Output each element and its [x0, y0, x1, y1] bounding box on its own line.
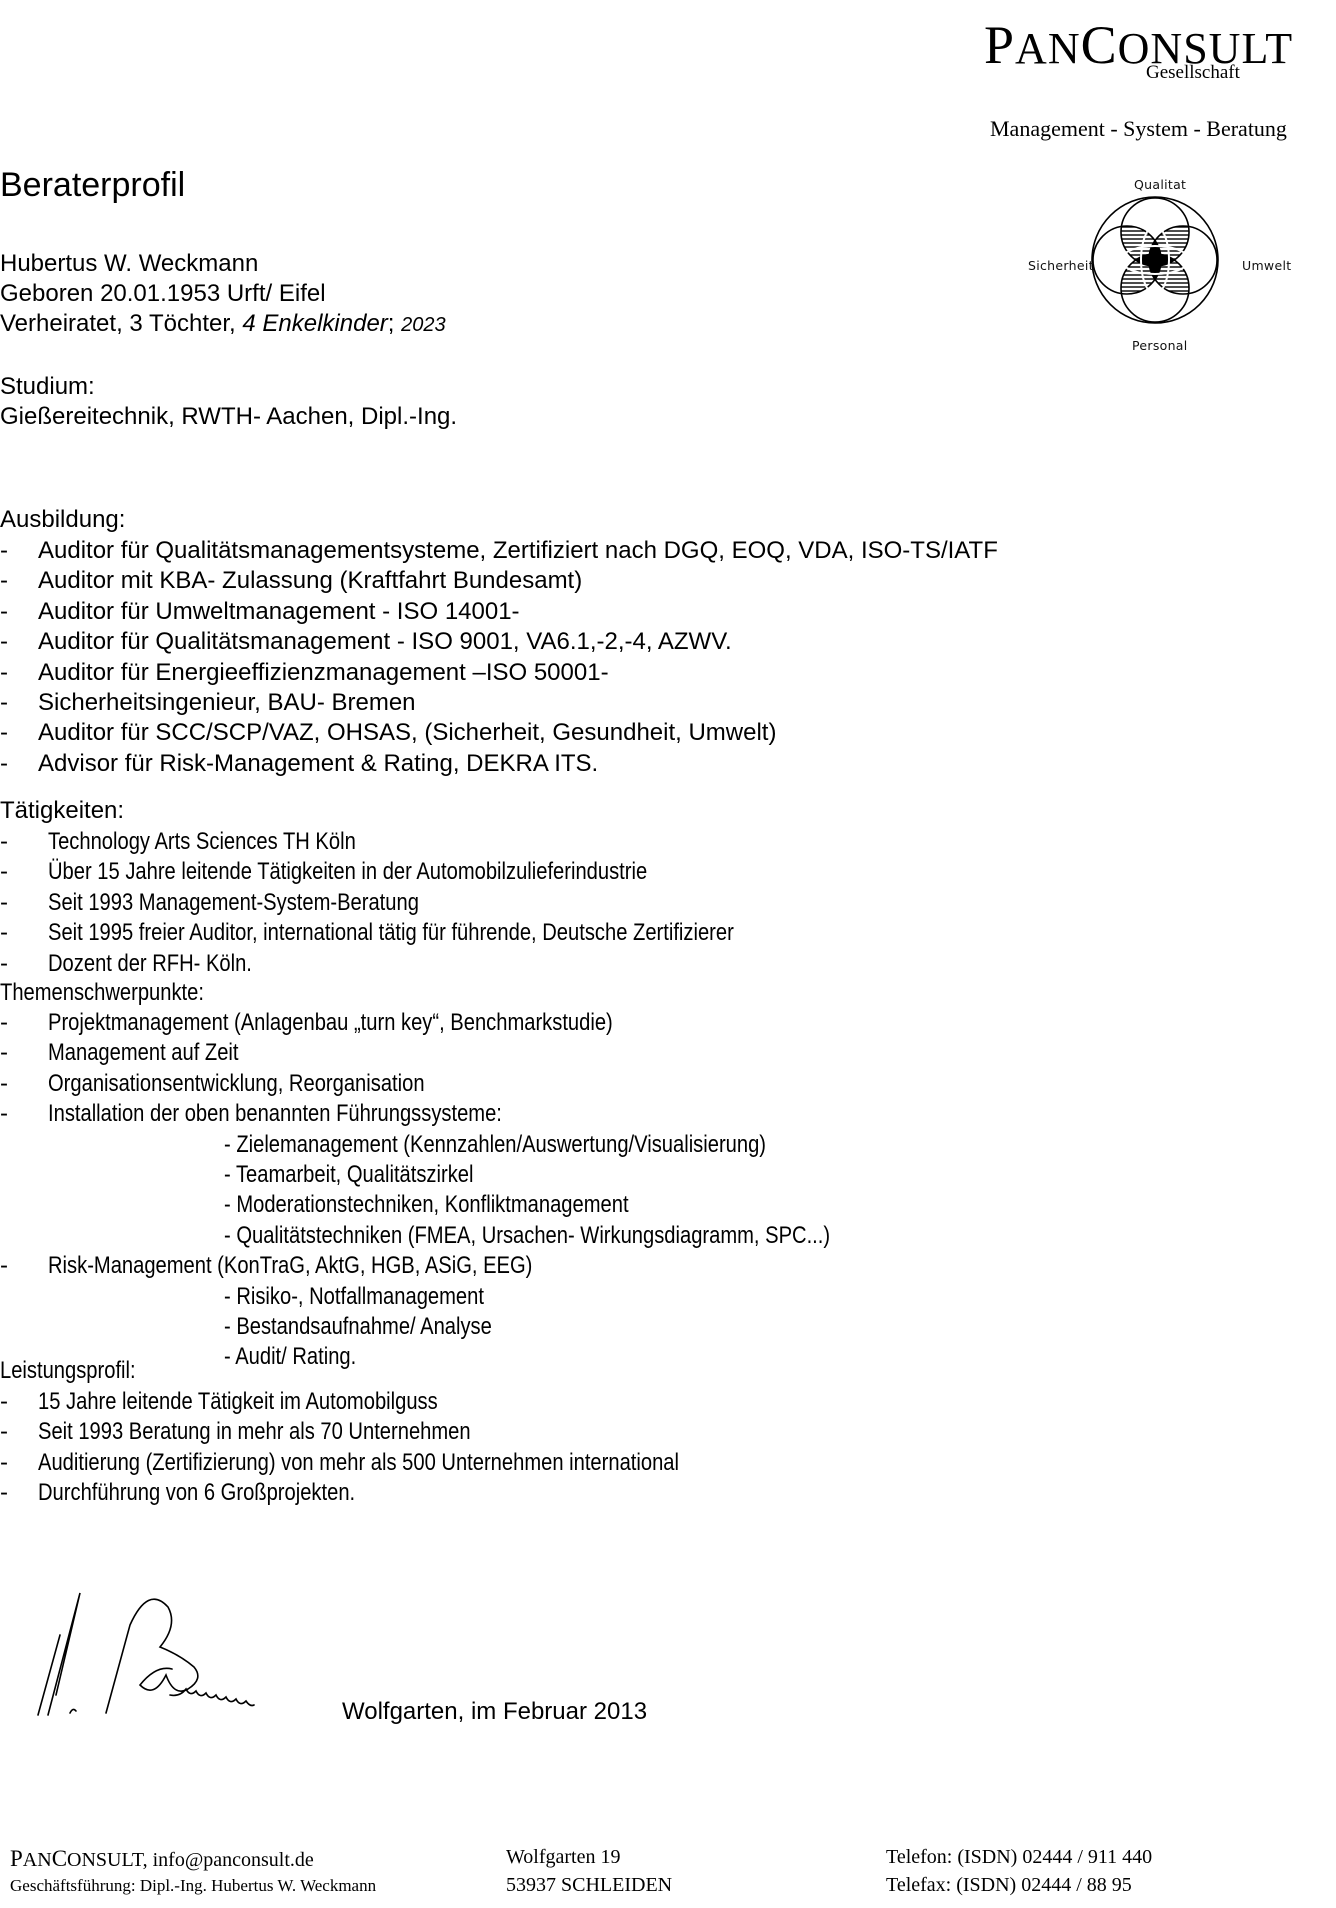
- bullet-dash: -: [0, 688, 38, 718]
- list-item-text: - Bestandsaufnahme/ Analyse: [224, 1312, 492, 1342]
- bullet-dash: -: [0, 888, 48, 918]
- bullet-dash: -: [0, 1387, 38, 1417]
- list-item-text: Auditor für Umweltmanagement - ISO 14001…: [38, 598, 520, 625]
- bullet-dash: -: [0, 857, 48, 887]
- list-item-text: - Audit/ Rating.: [224, 1342, 356, 1372]
- list-item: -Auditierung (Zertifizierung) von mehr a…: [0, 1448, 801, 1478]
- list-item-text: Technology Arts Sciences TH Köln: [48, 827, 356, 857]
- company-tagline: Management - System - Beratung: [990, 116, 1287, 142]
- list-item: - Teamarbeit, Qualitätszirkel: [224, 1160, 521, 1190]
- list-item: - Moderationstechniken, Konfliktmanageme…: [224, 1190, 706, 1220]
- list-item: -Sicherheitsingenieur, BAU- Bremen: [0, 688, 416, 718]
- list-item-text: Durchführung von 6 Großprojekten.: [38, 1478, 355, 1508]
- list-item-text: Sicherheitsingenieur, BAU- Bremen: [38, 689, 416, 716]
- list-item: -Auditor für Qualitätsmanagement - ISO 9…: [0, 627, 732, 657]
- company-logo-wordmark: PANCONSULT: [984, 18, 1293, 72]
- list-item: - Zielemanagement (Kennzahlen/Auswertung…: [224, 1130, 869, 1160]
- list-item-text: Auditor für Energieeffizienzmanagement –…: [38, 659, 609, 686]
- list-item: -Seit 1993 Beratung in mehr als 70 Unter…: [0, 1417, 553, 1447]
- list-item: -Auditor mit KBA- Zulassung (Kraftfahrt …: [0, 566, 582, 596]
- list-item: -Installation der oben benannten Führung…: [0, 1099, 588, 1129]
- emblem-label-top: Qualitat: [1134, 177, 1186, 192]
- bullet-dash: -: [0, 1251, 48, 1281]
- list-item: - Qualitätstechniken (FMEA, Ursachen- Wi…: [224, 1221, 946, 1251]
- list-item-text: Auditor für Qualitätsmanagementsysteme, …: [38, 537, 998, 564]
- bullet-dash: -: [0, 1008, 48, 1038]
- list-item-text: - Qualitätstechniken (FMEA, Ursachen- Wi…: [224, 1221, 830, 1251]
- bullet-dash: -: [0, 1478, 38, 1508]
- bullet-dash: -: [0, 597, 38, 627]
- list-item-text: Auditierung (Zertifizierung) von mehr al…: [38, 1448, 679, 1478]
- list-item: -Dozent der RFH- Köln.: [0, 949, 291, 979]
- footer-management: Geschäftsführung: Dipl.-Ing. Hubertus W.…: [10, 1876, 376, 1896]
- person-name: Hubertus W. Weckmann: [0, 249, 258, 279]
- taetigkeiten-heading: Tätigkeiten:: [0, 796, 124, 826]
- bullet-dash: -: [0, 1448, 38, 1478]
- list-item-text: Installation der oben benannten Führungs…: [48, 1099, 502, 1129]
- person-family: Verheiratet, 3 Töchter, 4 Enkelkinder; 2…: [0, 309, 446, 340]
- list-item: -Organisationsentwicklung, Reorganisatio…: [0, 1069, 496, 1099]
- list-item-text: - Zielemanagement (Kennzahlen/Auswertung…: [224, 1130, 766, 1160]
- bullet-dash: -: [0, 566, 38, 596]
- list-item-text: Auditor für SCC/SCP/VAZ, OHSAS, (Sicherh…: [38, 719, 776, 746]
- bullet-dash: -: [0, 749, 38, 779]
- footer-phone: Telefon: (ISDN) 02444 / 911 440: [886, 1846, 1152, 1869]
- list-item-text: Projektmanagement (Anlagenbau „turn key“…: [48, 1008, 613, 1038]
- list-item: -Technology Arts Sciences TH Köln: [0, 827, 414, 857]
- themen-heading: Themenschwerpunkte:: [0, 978, 243, 1008]
- ausbildung-heading: Ausbildung:: [0, 505, 125, 535]
- bullet-dash: -: [0, 536, 38, 566]
- list-item-text: Seit 1995 freier Auditor, international …: [48, 918, 734, 948]
- list-item-text: - Risiko-, Notfallmanagement: [224, 1282, 484, 1312]
- list-item: -Auditor für Qualitätsmanagementsysteme,…: [0, 536, 998, 566]
- list-item-text: Dozent der RFH- Köln.: [48, 949, 252, 979]
- list-item: - Bestandsaufnahme/ Analyse: [224, 1312, 543, 1342]
- studium-text: Gießereitechnik, RWTH- Aachen, Dipl.-Ing…: [0, 402, 457, 432]
- logo-letters-an: AN: [1015, 24, 1081, 73]
- bullet-dash: -: [0, 1069, 48, 1099]
- bullet-dash: -: [0, 718, 38, 748]
- list-item-text: Auditor für Qualitätsmanagement - ISO 90…: [38, 628, 732, 655]
- list-item-text: Management auf Zeit: [48, 1038, 239, 1068]
- list-item-text: - Moderationstechniken, Konfliktmanageme…: [224, 1190, 629, 1220]
- logo-subtitle: Gesellschaft: [1146, 62, 1240, 84]
- list-item: -Auditor für Umweltmanagement - ISO 1400…: [0, 597, 520, 627]
- person-birth: Geboren 20.01.1953 Urft/ Eifel: [0, 279, 326, 309]
- bullet-dash: -: [0, 1038, 48, 1068]
- footer-fax: Telefax: (ISDN) 02444 / 88 95: [886, 1874, 1132, 1897]
- list-item: -Projektmanagement (Anlagenbau „turn key…: [0, 1008, 720, 1038]
- footer-city: 53937 SCHLEIDEN: [506, 1874, 672, 1897]
- emblem-label-bottom: Personal: [1132, 338, 1188, 353]
- list-item: -Seit 1995 freier Auditor, international…: [0, 918, 864, 948]
- bullet-dash: -: [0, 1099, 48, 1129]
- list-item-text: Organisationsentwicklung, Reorganisation: [48, 1069, 425, 1099]
- list-item: -Auditor für Energieeffizienzmanagement …: [0, 658, 609, 688]
- leistung-heading: Leistungsprofil:: [0, 1356, 161, 1386]
- list-item: -Seit 1993 Management-System-Beratung: [0, 888, 490, 918]
- list-item: -Auditor für SCC/SCP/VAZ, OHSAS, (Sicher…: [0, 718, 776, 748]
- list-item-text: Advisor für Risk-Management & Rating, DE…: [38, 750, 598, 777]
- bullet-dash: -: [0, 918, 48, 948]
- logo-letter-p: P: [984, 15, 1015, 75]
- list-item: - Audit/ Rating.: [224, 1342, 381, 1372]
- list-item: -15 Jahre leitende Tätigkeit im Automobi…: [0, 1387, 514, 1417]
- logo-letter-c: C: [1081, 15, 1118, 75]
- list-item-text: Über 15 Jahre leitende Tätigkeiten in de…: [48, 857, 647, 887]
- list-item: -Durchführung von 6 Großprojekten.: [0, 1478, 416, 1508]
- venn-emblem-icon: Qualitat Sicherheit Umwelt Personal: [1010, 170, 1310, 360]
- bullet-dash: -: [0, 627, 38, 657]
- place-date: Wolfgarten, im Februar 2013: [342, 1698, 647, 1726]
- list-item: -Management auf Zeit: [0, 1038, 275, 1068]
- bullet-dash: -: [0, 949, 48, 979]
- list-item: - Risiko-, Notfallmanagement: [224, 1282, 533, 1312]
- bullet-dash: -: [0, 1417, 38, 1447]
- list-item: -Advisor für Risk-Management & Rating, D…: [0, 749, 598, 779]
- list-item-text: Risk-Management (KonTraG, AktG, HGB, ASi…: [48, 1251, 532, 1281]
- emblem-label-right: Umwelt: [1242, 258, 1291, 273]
- emblem-label-left: Sicherheit: [1028, 258, 1094, 273]
- bullet-dash: -: [0, 827, 48, 857]
- list-item-text: Auditor mit KBA- Zulassung (Kraftfahrt B…: [38, 567, 582, 594]
- page-title: Beraterprofil: [0, 166, 185, 205]
- bullet-dash: -: [0, 658, 38, 688]
- footer-street: Wolfgarten 19: [506, 1846, 620, 1869]
- list-item-text: 15 Jahre leitende Tätigkeit im Automobil…: [38, 1387, 438, 1417]
- signature-image: [20, 1575, 340, 1735]
- list-item-text: Seit 1993 Beratung in mehr als 70 Untern…: [38, 1417, 471, 1447]
- list-item-text: Seit 1993 Management-System-Beratung: [48, 888, 419, 918]
- list-item: -Risk-Management (KonTraG, AktG, HGB, AS…: [0, 1251, 625, 1281]
- studium-heading: Studium:: [0, 372, 95, 402]
- list-item-text: - Teamarbeit, Qualitätszirkel: [224, 1160, 473, 1190]
- list-item: -Über 15 Jahre leitende Tätigkeiten in d…: [0, 857, 761, 887]
- footer-company: PANCONSULT, info@panconsult.de: [10, 1846, 314, 1872]
